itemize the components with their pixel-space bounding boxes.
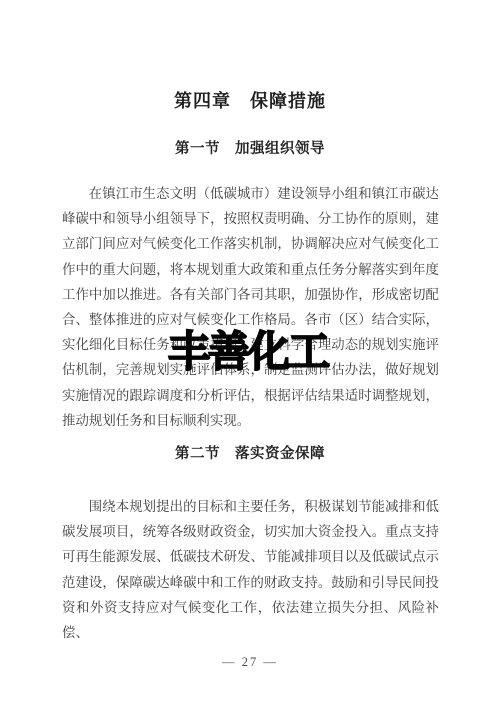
watermark-text: 丰善化工 bbox=[168, 329, 328, 375]
chapter-title: 第四章 保障措施 bbox=[0, 90, 500, 112]
section-2-paragraph: 围绕本规划提出的目标和主要任务，积极谋划节能减排和低碳发展项目，统筹各级财政资金… bbox=[62, 494, 439, 645]
section-1-paragraph: 在镇江市生态文明（低碳城市）建设领导小组和镇江市碳达峰碳中和领导小组领导下，按照… bbox=[62, 181, 439, 433]
document-page: 第四章 保障措施 第一节 加强组织领导 在镇江市生态文明（低碳城市）建设领导小组… bbox=[0, 0, 500, 707]
section-title-1: 第一节 加强组织领导 bbox=[0, 141, 500, 158]
page-number: — 27 — bbox=[0, 654, 500, 670]
section-title-2: 第二节 落实资金保障 bbox=[0, 446, 500, 463]
